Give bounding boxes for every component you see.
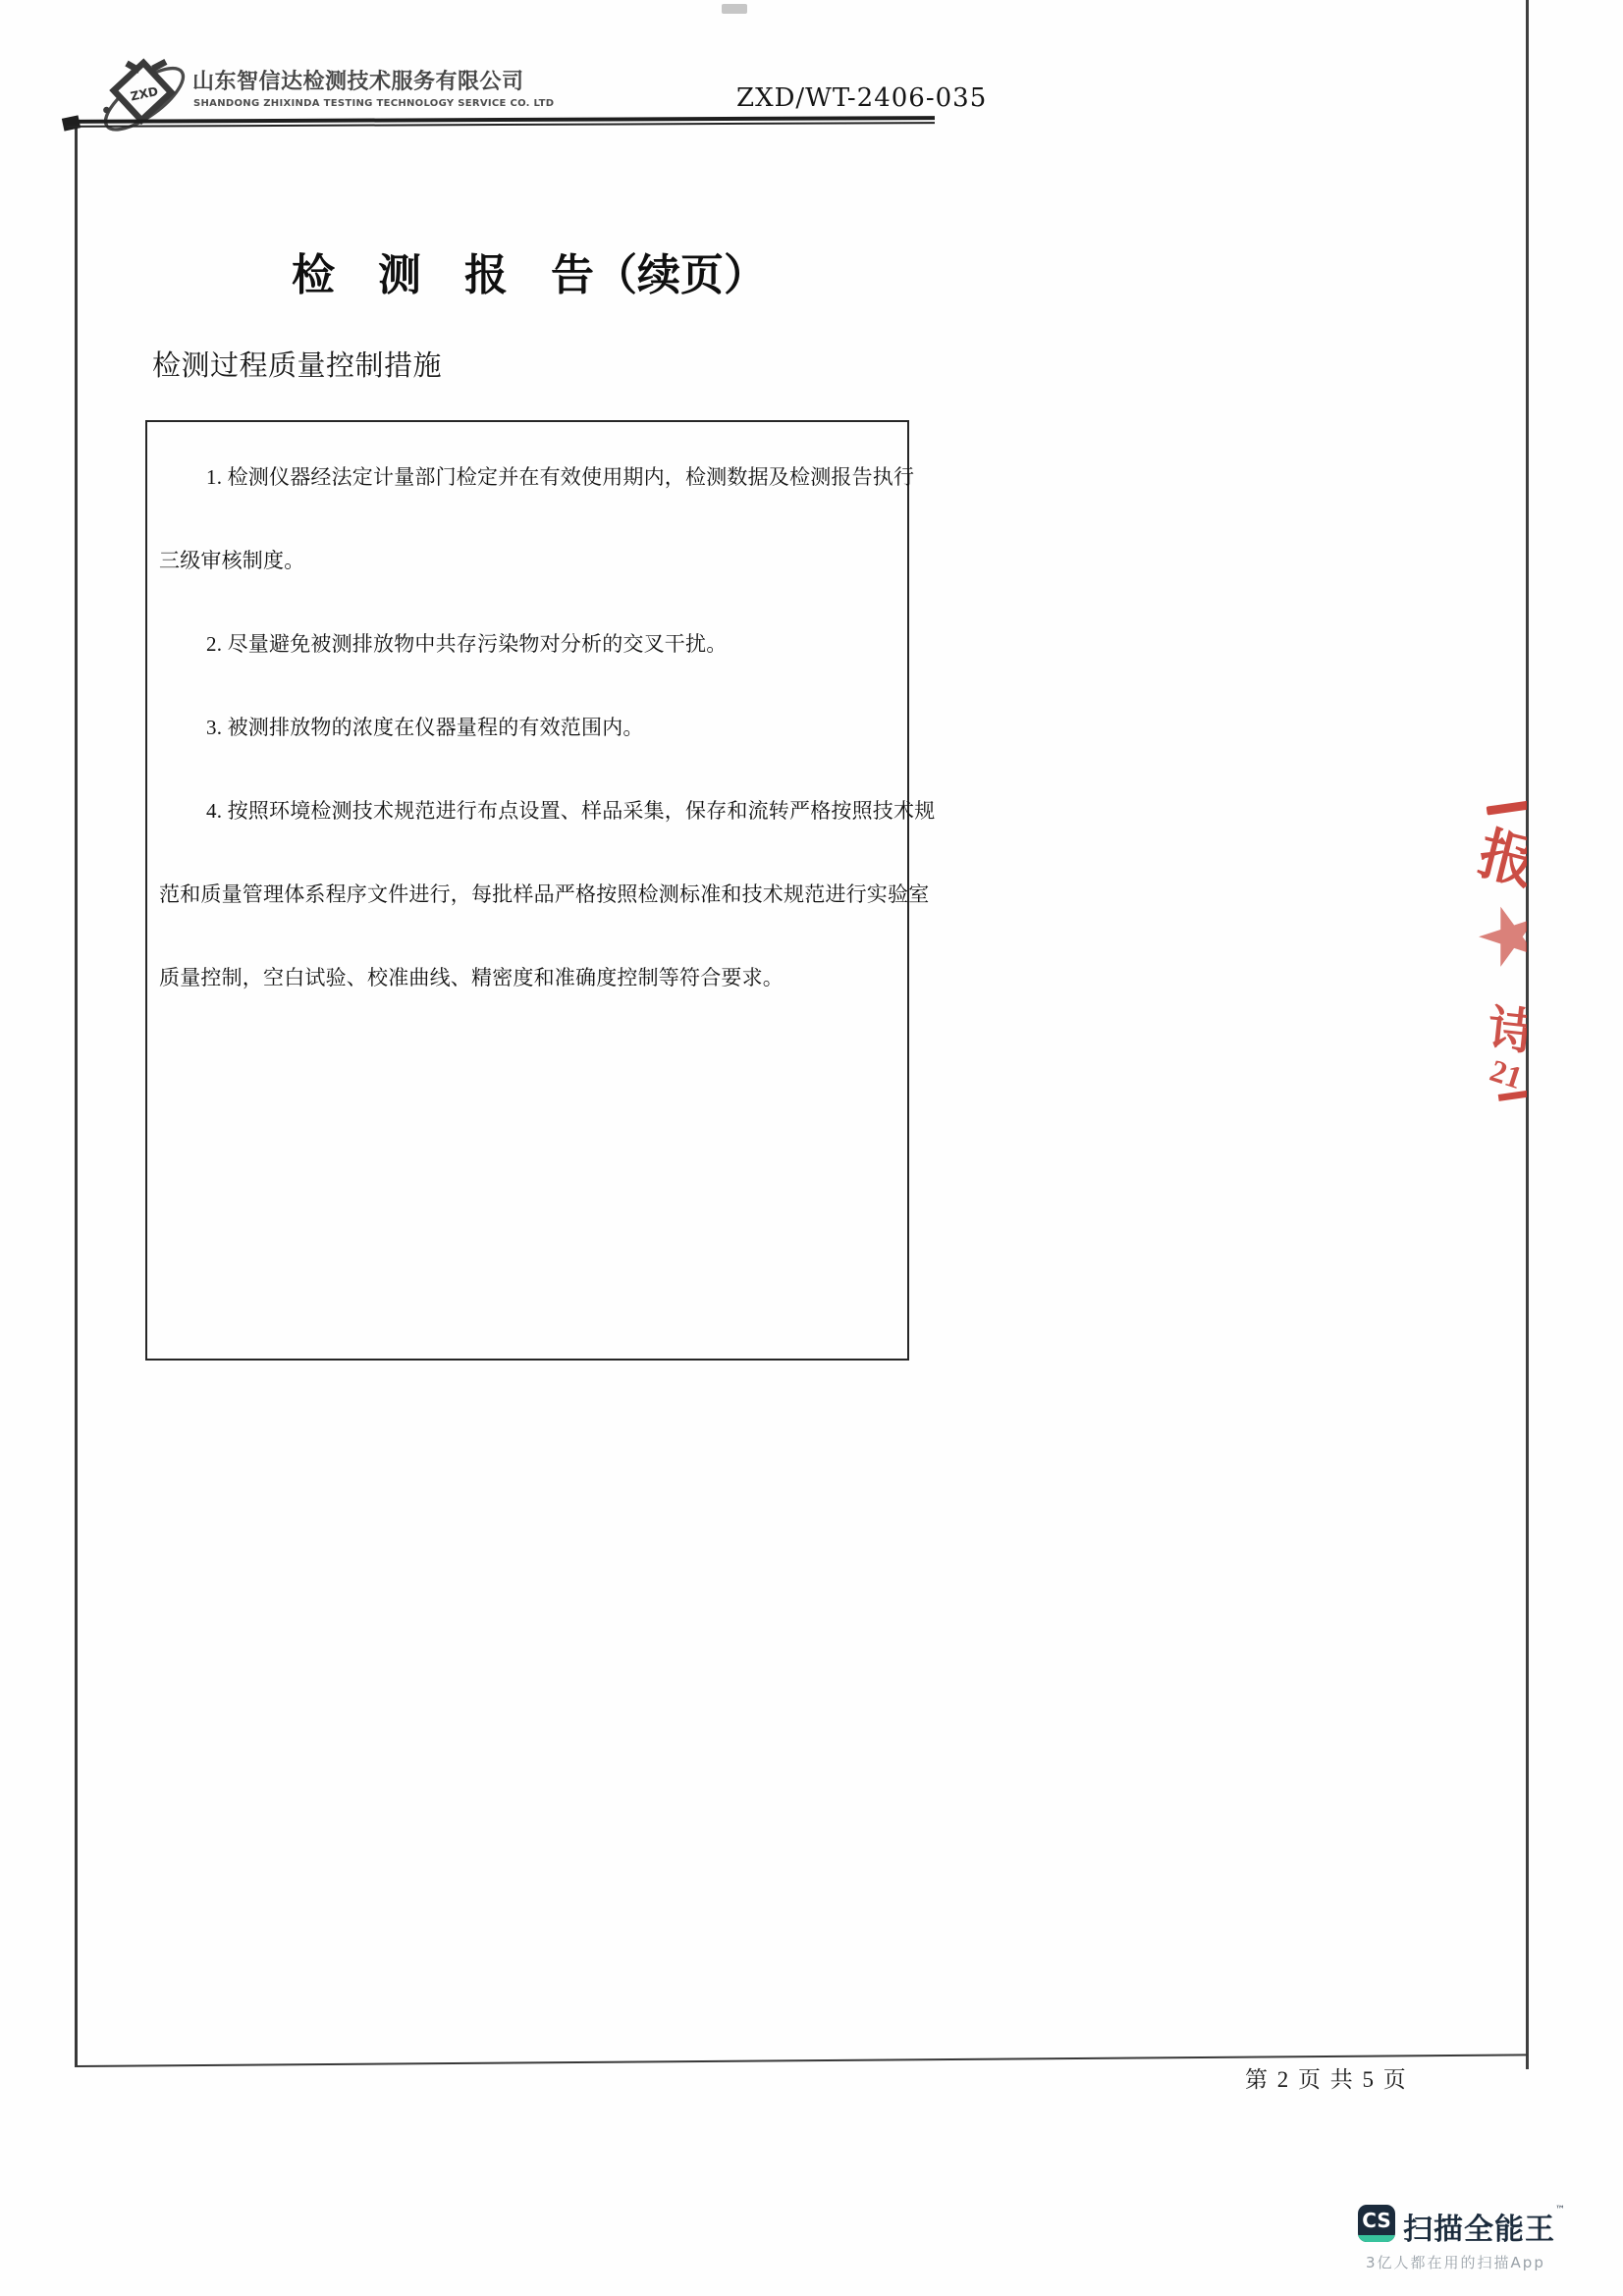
camscanner-logo-strip [1358,2235,1395,2242]
measure-line-2: 三级审核制度。 [159,517,907,601]
page-number: 第 2 页 共 5 页 [1245,2061,1408,2094]
document-code: ZXD/WT-2406-035 [736,83,987,113]
measure-line-5: 4. 按照环境检测技术规范进行布点设置、样品采集，保存和流转严格按照技术规 [159,768,907,851]
company-logo: ZXD [98,49,190,141]
red-seal-stamp: 报 ★ 诗 21 [1463,795,1527,1111]
measure-line-3: 2. 尽量避免被测排放物中共存污染物对分析的交叉干扰。 [159,601,907,684]
measure-line-1: 1. 检测仪器经法定计量部门检定并在有效使用期内，检测数据及检测报告执行 [159,434,907,517]
camscanner-logo-text: CS [1362,2209,1390,2232]
scan-artifact-smudge [722,4,747,14]
company-name-en: SHANDONG ZHIXINDA TESTING TECHNOLOGY SER… [193,98,554,109]
seal-star-icon: ★ [1463,881,1527,990]
scanned-report-page: ZXD 山东智信达检测技术服务有限公司 SHANDONG ZHIXINDA TE… [0,0,1623,2296]
measure-line-6: 范和质量管理体系程序文件进行，每批样品严格按照检测标准和技术规范进行实验室 [159,851,907,934]
company-name-cn: 山东智信达检测技术服务有限公司 [192,65,524,95]
quality-control-measures-box: 1. 检测仪器经法定计量部门检定并在有效使用期内，检测数据及检测报告执行 三级审… [145,420,909,1361]
measure-line-7: 质量控制，空白试验、校准曲线、精密度和准确度控制等符合要求。 [159,934,907,1018]
trademark-symbol: ™ [1555,2205,1566,2216]
company-logo-graphic: ZXD [98,49,190,141]
section-heading: 检测过程质量控制措施 [152,344,442,384]
camscanner-app-name: 扫描全能王™ [1403,2205,1566,2248]
camscanner-watermark: CS 扫描全能王™ 3亿人都在用的扫描App [1358,2203,1544,2271]
camscanner-app-name-text: 扫描全能王 [1403,2213,1555,2247]
camscanner-tagline: 3亿人都在用的扫描App [1366,2252,1545,2272]
report-title: 检 测 报 告（续页） [145,240,913,302]
measure-line-4: 3. 被测排放物的浓度在仪器量程的有效范围内。 [159,684,907,768]
header-divider-line [67,116,935,128]
camscanner-logo-icon: CS [1358,2205,1395,2242]
paper-left-edge [75,122,78,2067]
seal-character-fragment: 诗 [1485,989,1527,1065]
